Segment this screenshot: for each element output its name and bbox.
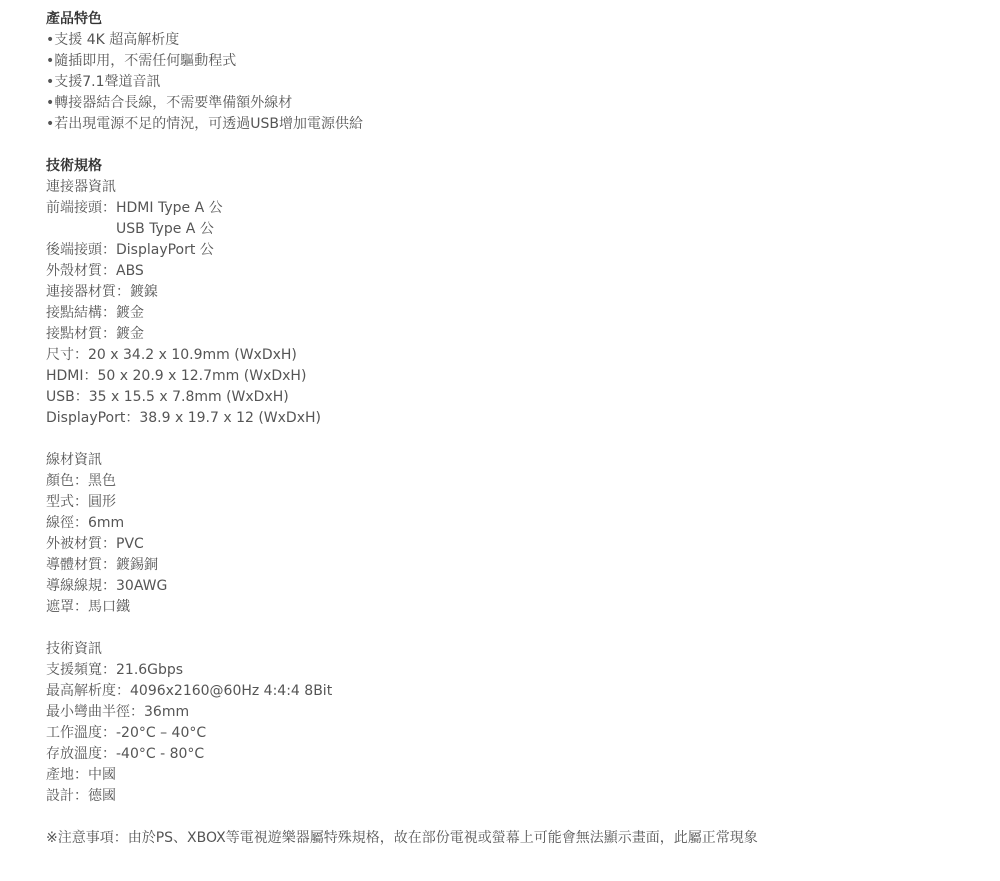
spacer	[46, 135, 758, 156]
spec-line: 接點結構：鍍金	[46, 303, 758, 324]
spec-line: 連接器材質：鍍鎳	[46, 282, 758, 303]
spec-line: DisplayPort：38.9 x 19.7 x 12 (WxDxH)	[46, 408, 758, 429]
spec-line: 接點材質：鍍金	[46, 324, 758, 345]
connector-subheading: 連接器資訊	[46, 177, 758, 198]
spec-line: 最小彎曲半徑：36mm	[46, 702, 758, 723]
feature-item: •支援7.1聲道音訊	[46, 72, 758, 93]
spec-line: 導體材質：鍍錫銅	[46, 555, 758, 576]
product-description: 產品特色 •支援 4K 超高解析度 •隨插即用，不需任何驅動程式 •支援7.1聲…	[46, 9, 758, 849]
spec-line: HDMI：50 x 20.9 x 12.7mm (WxDxH)	[46, 366, 758, 387]
spec-line: 產地：中國	[46, 765, 758, 786]
spec-line: 設計：德國	[46, 786, 758, 807]
features-list: •支援 4K 超高解析度 •隨插即用，不需任何驅動程式 •支援7.1聲道音訊 •…	[46, 30, 758, 135]
spec-line: 外被材質：PVC	[46, 534, 758, 555]
feature-item: •轉接器結合長線，不需要準備額外線材	[46, 93, 758, 114]
spec-line: USB：35 x 15.5 x 7.8mm (WxDxH)	[46, 387, 758, 408]
spec-line: 存放溫度：-40°C - 80°C	[46, 744, 758, 765]
spec-line: 導線線規：30AWG	[46, 576, 758, 597]
spec-line: 外殼材質：ABS	[46, 261, 758, 282]
connector-section: 連接器資訊 前端接頭：HDMI Type A 公 USB Type A 公 後端…	[46, 177, 758, 429]
specs-heading: 技術規格	[46, 156, 758, 177]
cable-section: 線材資訊 顏色：黑色 型式：圓形 線徑：6mm 外被材質：PVC 導體材質：鍍錫…	[46, 450, 758, 618]
spec-line: USB Type A 公	[46, 219, 758, 240]
spec-line: 工作溫度：-20°C – 40°C	[46, 723, 758, 744]
spec-line: 線徑：6mm	[46, 513, 758, 534]
cable-subheading: 線材資訊	[46, 450, 758, 471]
spec-line: 前端接頭：HDMI Type A 公	[46, 198, 758, 219]
notice-text: ※注意事項：由於PS、XBOX等電視遊樂器屬特殊規格，故在部份電視或螢幕上可能會…	[46, 828, 758, 849]
feature-item: •若出現電源不足的情況，可透過USB增加電源供給	[46, 114, 758, 135]
spec-line: 後端接頭：DisplayPort 公	[46, 240, 758, 261]
spec-line: 顏色：黑色	[46, 471, 758, 492]
spec-line: 最高解析度：4096x2160@60Hz 4:4:4 8Bit	[46, 681, 758, 702]
spec-line: 尺寸：20 x 34.2 x 10.9mm (WxDxH)	[46, 345, 758, 366]
features-heading: 產品特色	[46, 9, 758, 30]
technical-subheading: 技術資訊	[46, 639, 758, 660]
spec-line: 型式：圓形	[46, 492, 758, 513]
technical-section: 技術資訊 支援頻寬：21.6Gbps 最高解析度：4096x2160@60Hz …	[46, 639, 758, 807]
spacer	[46, 429, 758, 450]
spacer	[46, 618, 758, 639]
spec-line: 遮罩：馬口鐵	[46, 597, 758, 618]
feature-item: •支援 4K 超高解析度	[46, 30, 758, 51]
spacer	[46, 807, 758, 828]
feature-item: •隨插即用，不需任何驅動程式	[46, 51, 758, 72]
spec-line: 支援頻寬：21.6Gbps	[46, 660, 758, 681]
